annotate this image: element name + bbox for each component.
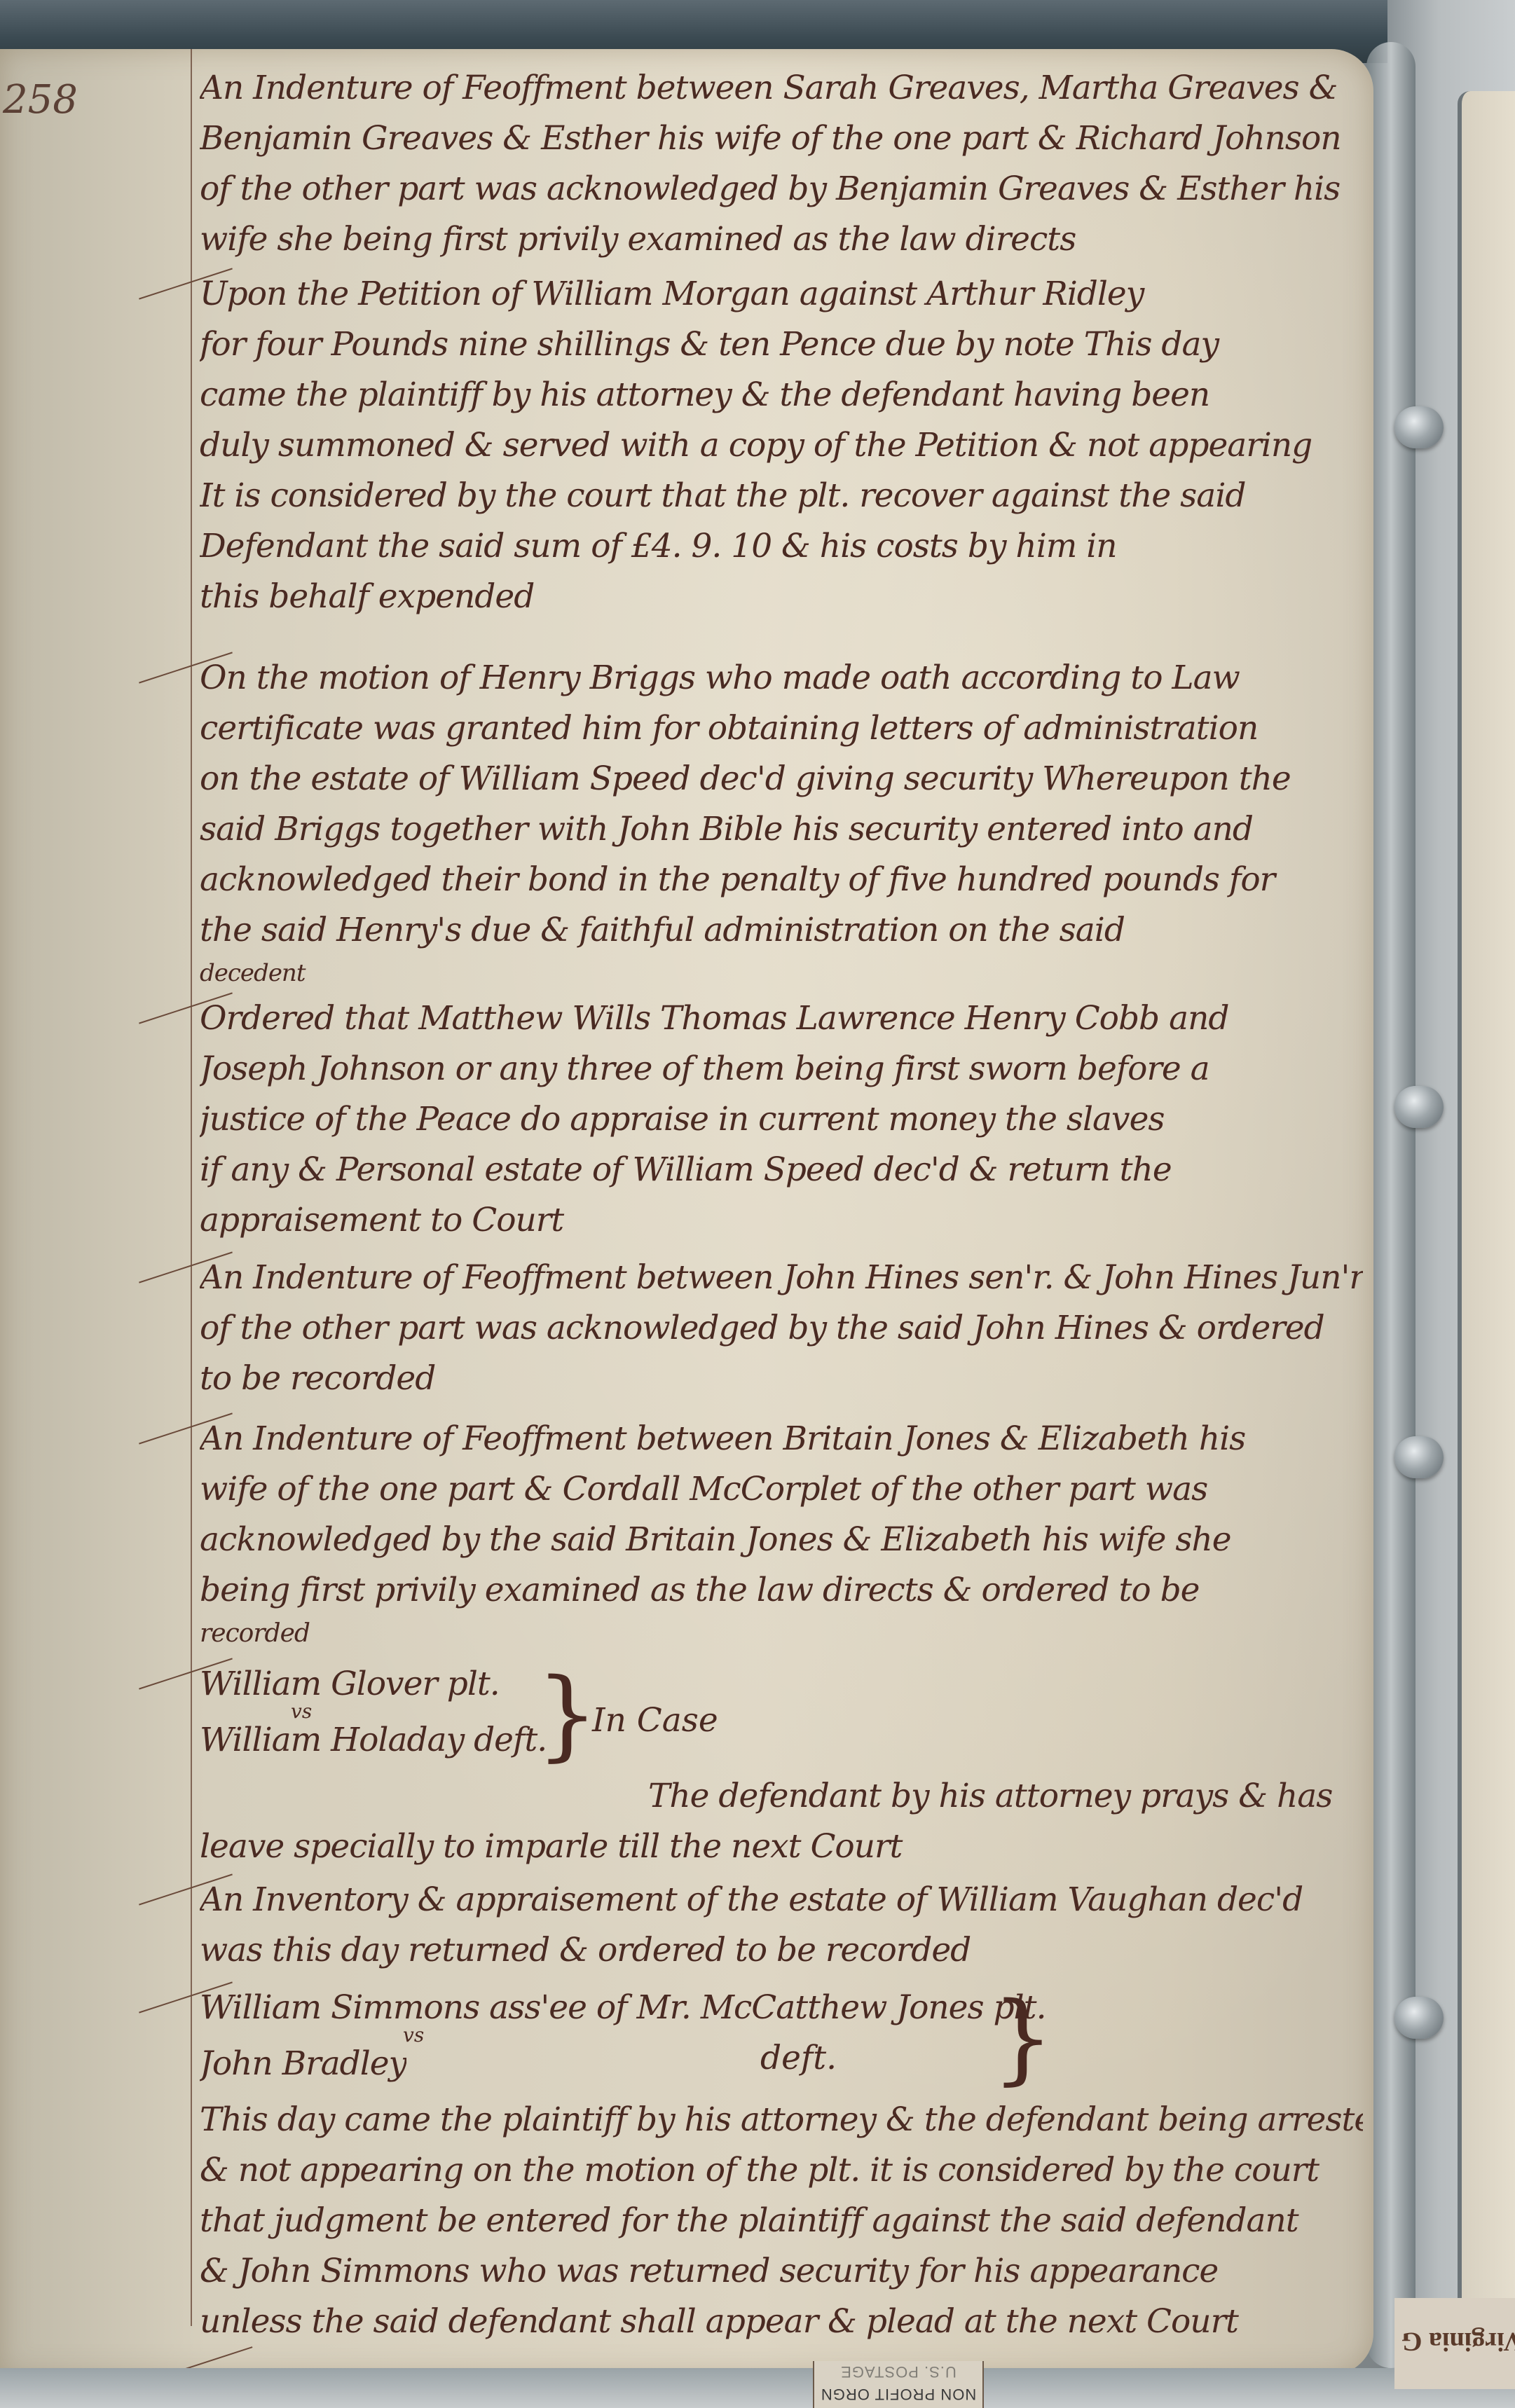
entry-line: to be recorded bbox=[200, 1354, 1363, 1404]
entry-line: duly summoned & served with a copy of th… bbox=[200, 420, 1363, 471]
entry-line: wife of the one part & Cordall McCorplet… bbox=[200, 1464, 1363, 1515]
entry-line: The defendant by his attorney prays & ha… bbox=[200, 1771, 1363, 1822]
entry-petition-morgan-v-ridley: Upon the Petition of William Morgan agai… bbox=[200, 269, 1363, 622]
postage-label: U.S. POSTAGE NON PROFIT ORGN bbox=[813, 2361, 984, 2408]
manuscript-page: 258 An Indenture of Feoffment between Sa… bbox=[0, 49, 1373, 2375]
entry-order-appraisement-speed: Ordered that Matthew Wills Thomas Lawren… bbox=[200, 993, 1363, 1246]
sleeve-bottom-edge bbox=[0, 2368, 1515, 2408]
entry-line: On the motion of Henry Briggs who made o… bbox=[200, 653, 1363, 703]
entry-line: for four Pounds nine shillings & ten Pen… bbox=[200, 319, 1363, 370]
brace-icon: } bbox=[992, 1990, 1054, 2088]
adjacent-label: Virginia G bbox=[1394, 2298, 1515, 2389]
entry-line: Benjamin Greaves & Esther his wife of th… bbox=[200, 113, 1363, 164]
entry-line: This day came the plaintiff by his attor… bbox=[200, 2095, 1363, 2145]
entry-line: Ordered that Matthew Wills Thomas Lawren… bbox=[200, 993, 1363, 1044]
entry-case-glover-v-holaday-body: The defendant by his attorney prays & ha… bbox=[200, 1771, 1363, 1872]
entry-line: the said Henry's due & faithful administ… bbox=[200, 905, 1363, 956]
entry-line: said Briggs together with John Bible his… bbox=[200, 804, 1363, 855]
entry-line: decedent bbox=[200, 956, 1363, 991]
entry-indenture-greaves-johnson: An Indenture of Feoffment between Sarah … bbox=[200, 63, 1363, 265]
entry-line: Defendant the said sum of £4. 9. 10 & hi… bbox=[200, 521, 1363, 572]
adjacent-label-text: Virginia G bbox=[1401, 2326, 1515, 2357]
entry-line: was this day returned & ordered to be re… bbox=[200, 1925, 1363, 1976]
binder-ring-icon bbox=[1394, 1436, 1444, 1478]
entry-line: leave specially to imparle till the next… bbox=[200, 1822, 1363, 1872]
entry-line: An Indenture of Feoffment between Britai… bbox=[200, 1414, 1363, 1464]
entry-line: appraisement to Court bbox=[200, 1195, 1363, 1246]
page-number: 258 bbox=[3, 77, 78, 123]
entry-line: on the estate of William Speed dec'd giv… bbox=[200, 754, 1363, 804]
entry-line: justice of the Peace do appraise in curr… bbox=[200, 1094, 1363, 1145]
entry-line: wife she being first privily examined as… bbox=[200, 214, 1363, 265]
defendant-role: deft. bbox=[760, 2039, 837, 2077]
entry-line: that judgment be entered for the plainti… bbox=[200, 2196, 1363, 2246]
entry-line: Upon the Petition of William Morgan agai… bbox=[200, 269, 1363, 319]
entry-line: & not appearing on the motion of the plt… bbox=[200, 2145, 1363, 2196]
entry-line: came the plaintiff by his attorney & the… bbox=[200, 370, 1363, 420]
entry-line: this behalf expended bbox=[200, 572, 1363, 622]
entry-line: of the other part was acknowledged by th… bbox=[200, 1303, 1363, 1354]
postage-label-line: U.S. POSTAGE bbox=[814, 2362, 982, 2381]
entry-line: An Inventory & appraisement of the estat… bbox=[200, 1875, 1363, 1925]
entry-line: An Indenture of Feoffment between Sarah … bbox=[200, 63, 1363, 113]
entry-indenture-hines: An Indenture of Feoffment between John H… bbox=[200, 1253, 1363, 1404]
binder-ring-icon bbox=[1394, 406, 1444, 448]
entry-indenture-jones-corplet: An Indenture of Feoffment between Britai… bbox=[200, 1414, 1363, 1652]
plaintiff-name: William Simmons ass'ee of Mr. McCatthew … bbox=[200, 1983, 1046, 2033]
entry-line: of the other part was acknowledged by Be… bbox=[200, 164, 1363, 214]
binder-ring-icon bbox=[1394, 1086, 1444, 1128]
entry-line: acknowledged their bond in the penalty o… bbox=[200, 855, 1363, 905]
entry-line: It is considered by the court that the p… bbox=[200, 471, 1363, 521]
entry-line: An Indenture of Feoffment between John H… bbox=[200, 1253, 1363, 1303]
action-type: In Case bbox=[592, 1701, 718, 1740]
entry-line: unless the said defendant shall appear &… bbox=[200, 2297, 1363, 2347]
entry-line: Joseph Johnson or any three of them bein… bbox=[200, 1044, 1363, 1094]
entry-case-simmons-v-bradley: William Simmons ass'ee of Mr. McCatthew … bbox=[200, 1983, 1363, 2095]
defendant-name: John Bradley bbox=[200, 2039, 406, 2089]
entry-line: acknowledged by the said Britain Jones &… bbox=[200, 1515, 1363, 1565]
adjacent-page bbox=[1458, 91, 1515, 2333]
entry-line: certificate was granted him for obtainin… bbox=[200, 703, 1363, 754]
court-order-entries: An Indenture of Feoffment between Sarah … bbox=[200, 63, 1363, 2347]
entry-line: being first privily examined as the law … bbox=[200, 1565, 1363, 1616]
entry-line: if any & Personal estate of William Spee… bbox=[200, 1145, 1363, 1195]
binder-ring-icon bbox=[1394, 1997, 1444, 2039]
brace-icon: } bbox=[536, 1666, 598, 1764]
entry-case-simmons-v-bradley-body: This day came the plaintiff by his attor… bbox=[200, 2095, 1363, 2347]
defendant-name: William Holaday deft. bbox=[200, 1715, 547, 1766]
entry-line: & John Simmons who was returned security… bbox=[200, 2246, 1363, 2297]
postage-label-line: NON PROFIT ORGN bbox=[814, 2385, 982, 2403]
entry-motion-henry-briggs: On the motion of Henry Briggs who made o… bbox=[200, 653, 1363, 991]
entry-line: recorded bbox=[200, 1616, 1363, 1652]
margin-rule bbox=[191, 49, 192, 2326]
entry-inventory-vaughan: An Inventory & appraisement of the estat… bbox=[200, 1875, 1363, 1976]
entry-case-glover-v-holaday: William Glover plt. vs William Holaday d… bbox=[200, 1659, 1363, 1771]
plaintiff-name: William Glover plt. bbox=[200, 1659, 500, 1709]
